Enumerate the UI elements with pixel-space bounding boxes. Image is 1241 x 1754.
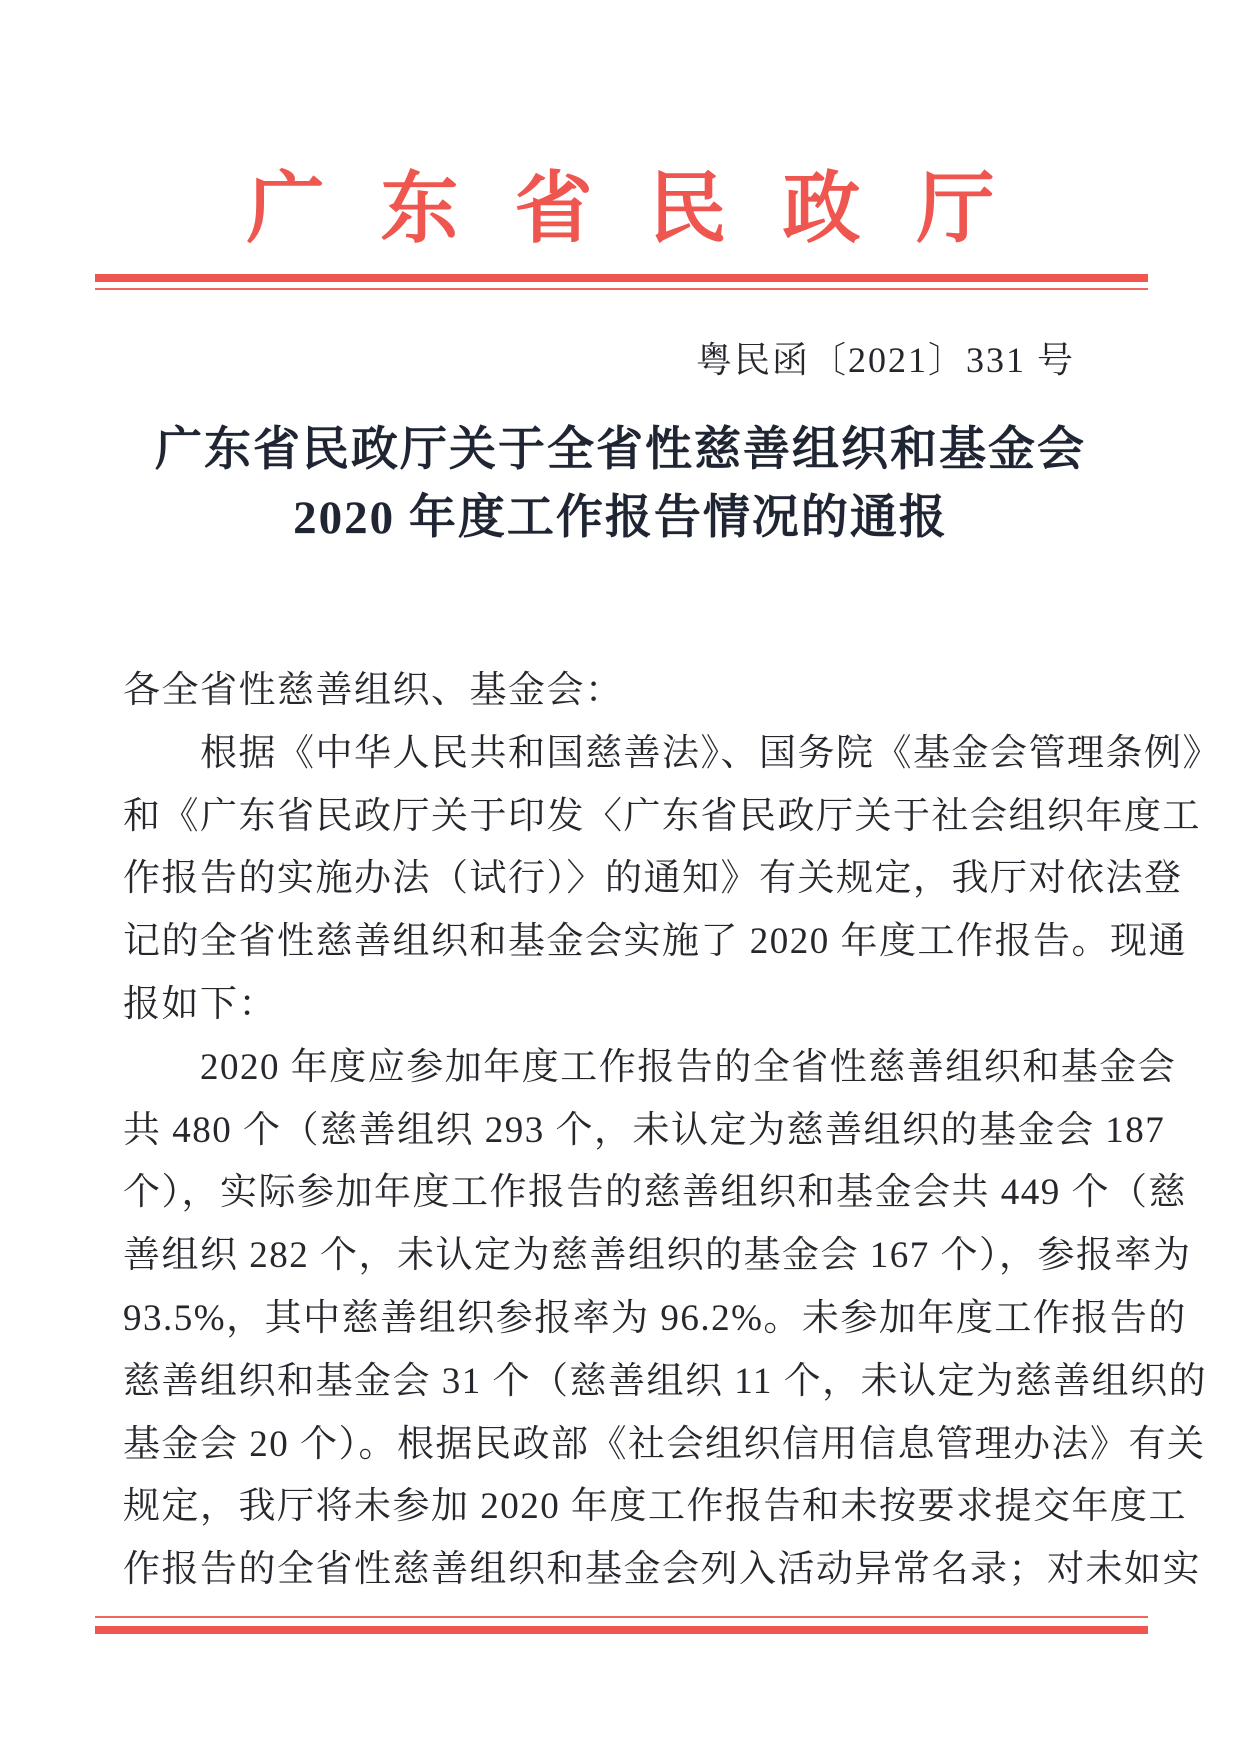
footer-rule-thin bbox=[95, 1616, 1148, 1618]
body-line: 个），实际参加年度工作报告的慈善组织和基金会共 449 个（慈 bbox=[123, 1162, 1121, 1225]
body-line: 基金会 20 个）。根据民政部《社会组织信用信息管理办法》有关 bbox=[123, 1414, 1121, 1477]
body-line: 作报告的全省性慈善组织和基金会列入活动异常名录；对未如实 bbox=[123, 1539, 1121, 1602]
letterhead-rule-thin bbox=[95, 288, 1148, 290]
document-number: 粤民函〔2021〕331 号 bbox=[696, 332, 1075, 383]
body-line: 报如下： bbox=[123, 974, 1121, 1037]
document-body: 各全省性慈善组织、基金会： 根据《中华人民共和国慈善法》、国务院《基金会管理条例… bbox=[123, 660, 1121, 1602]
body-line: 根据《中华人民共和国慈善法》、国务院《基金会管理条例》 bbox=[123, 723, 1121, 786]
body-line: 记的全省性慈善组织和基金会实施了 2020 年度工作报告。现通 bbox=[123, 911, 1121, 974]
body-line: 慈善组织和基金会 31 个（慈善组织 11 个，未认定为慈善组织的 bbox=[123, 1351, 1121, 1414]
letterhead-rule-thick bbox=[95, 274, 1148, 282]
document-title-line1: 广东省民政厅关于全省性慈善组织和基金会 bbox=[0, 416, 1241, 484]
body-line: 共 480 个（慈善组织 293 个，未认定为慈善组织的基金会 187 bbox=[123, 1100, 1121, 1163]
body-line: 善组织 282 个，未认定为慈善组织的基金会 167 个），参报率为 bbox=[123, 1225, 1121, 1288]
footer-rule-thick bbox=[95, 1626, 1148, 1634]
body-line: 作报告的实施办法（试行）〉的通知》有关规定，我厅对依法登 bbox=[123, 848, 1121, 911]
salutation: 各全省性慈善组织、基金会： bbox=[123, 660, 1121, 723]
body-line: 规定，我厅将未参加 2020 年度工作报告和未按要求提交年度工 bbox=[123, 1476, 1121, 1539]
body-line: 2020 年度应参加年度工作报告的全省性慈善组织和基金会 bbox=[123, 1037, 1121, 1100]
document-title: 广东省民政厅关于全省性慈善组织和基金会 2020 年度工作报告情况的通报 bbox=[0, 416, 1241, 552]
document-title-line2: 2020 年度工作报告情况的通报 bbox=[0, 484, 1241, 552]
document-page: 广东省民政厅 粤民函〔2021〕331 号 广东省民政厅关于全省性慈善组织和基金… bbox=[0, 0, 1241, 1754]
body-line: 93.5%，其中慈善组织参报率为 96.2%。未参加年度工作报告的 bbox=[123, 1288, 1121, 1351]
body-paragraphs: 根据《中华人民共和国慈善法》、国务院《基金会管理条例》和《广东省民政厅关于印发〈… bbox=[123, 723, 1121, 1602]
body-line: 和《广东省民政厅关于印发〈广东省民政厅关于社会组织年度工 bbox=[123, 786, 1121, 849]
letterhead-agency-name: 广东省民政厅 bbox=[0, 146, 1241, 258]
